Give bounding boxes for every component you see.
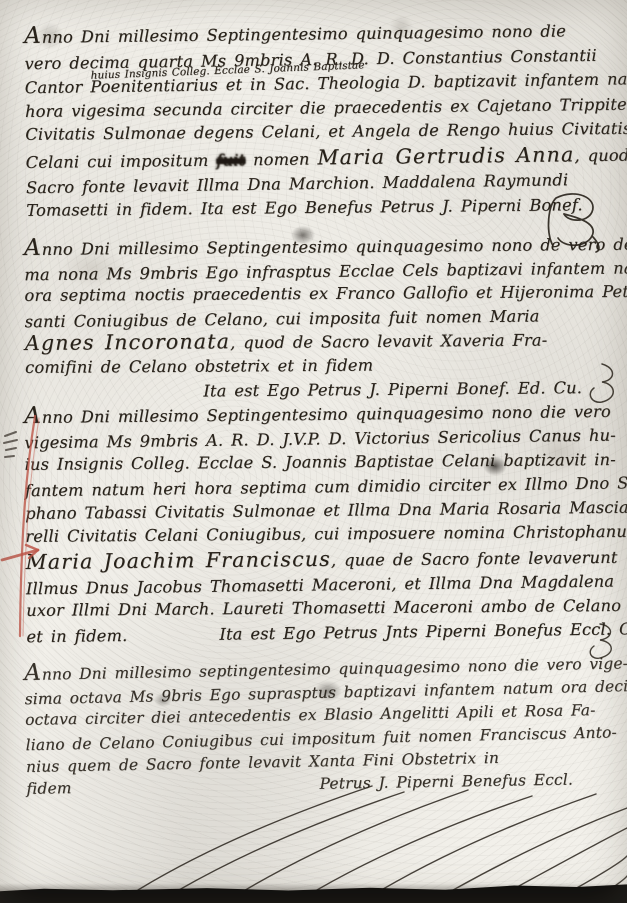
signature-line: et in fidem.Ita est Ego Petrus Jnts Pipe… — [26, 618, 612, 650]
baptism-record-1: Anno Dni millesimo Septingentesimo quinq… — [24, 17, 612, 224]
signature-line: Tomasetti in fidem. Ita est Ego Benefus … — [26, 192, 612, 222]
signature-text: Petrus J. Piperni Benefus Eccl. — [319, 771, 573, 793]
baptism-record-2: Anno Dni millesimo Septingentesimo quinq… — [24, 232, 611, 404]
manuscript-page: { "page": { "kind": "Handwritten Latin b… — [0, 0, 627, 903]
line-text: nomen — [253, 149, 310, 169]
line-text: , quae de Sacro fonte levaverunt — [331, 548, 618, 570]
baptism-name: Maria Joachim Franciscus — [26, 547, 332, 574]
baptism-record-4: Anno Dni millesimo septingentesimo quinq… — [24, 651, 613, 802]
scan-edge — [0, 884, 627, 903]
line-text: et in fidem. — [26, 626, 127, 646]
line-text: Celani cui impositum — [26, 150, 209, 171]
baptism-record-3: Anno Dni millesimo Septingentesimo quinq… — [24, 398, 613, 648]
baptism-name: Agnes Incoronata — [25, 330, 230, 356]
crossed-out-word: fuit — [216, 150, 245, 169]
line-text: , quod de — [574, 145, 627, 165]
baptism-name: Maria Gertrudis Anna — [317, 142, 574, 169]
manuscript-line: ora septima noctis praecedentis ex Franc… — [24, 280, 610, 307]
signature-text: Ita est Ego Petrus Jnts Piperni Bonefus … — [219, 619, 627, 644]
line-text: fidem — [26, 779, 71, 798]
line-text: , quod de Sacro levavit Xaveria Fra- — [230, 331, 547, 353]
